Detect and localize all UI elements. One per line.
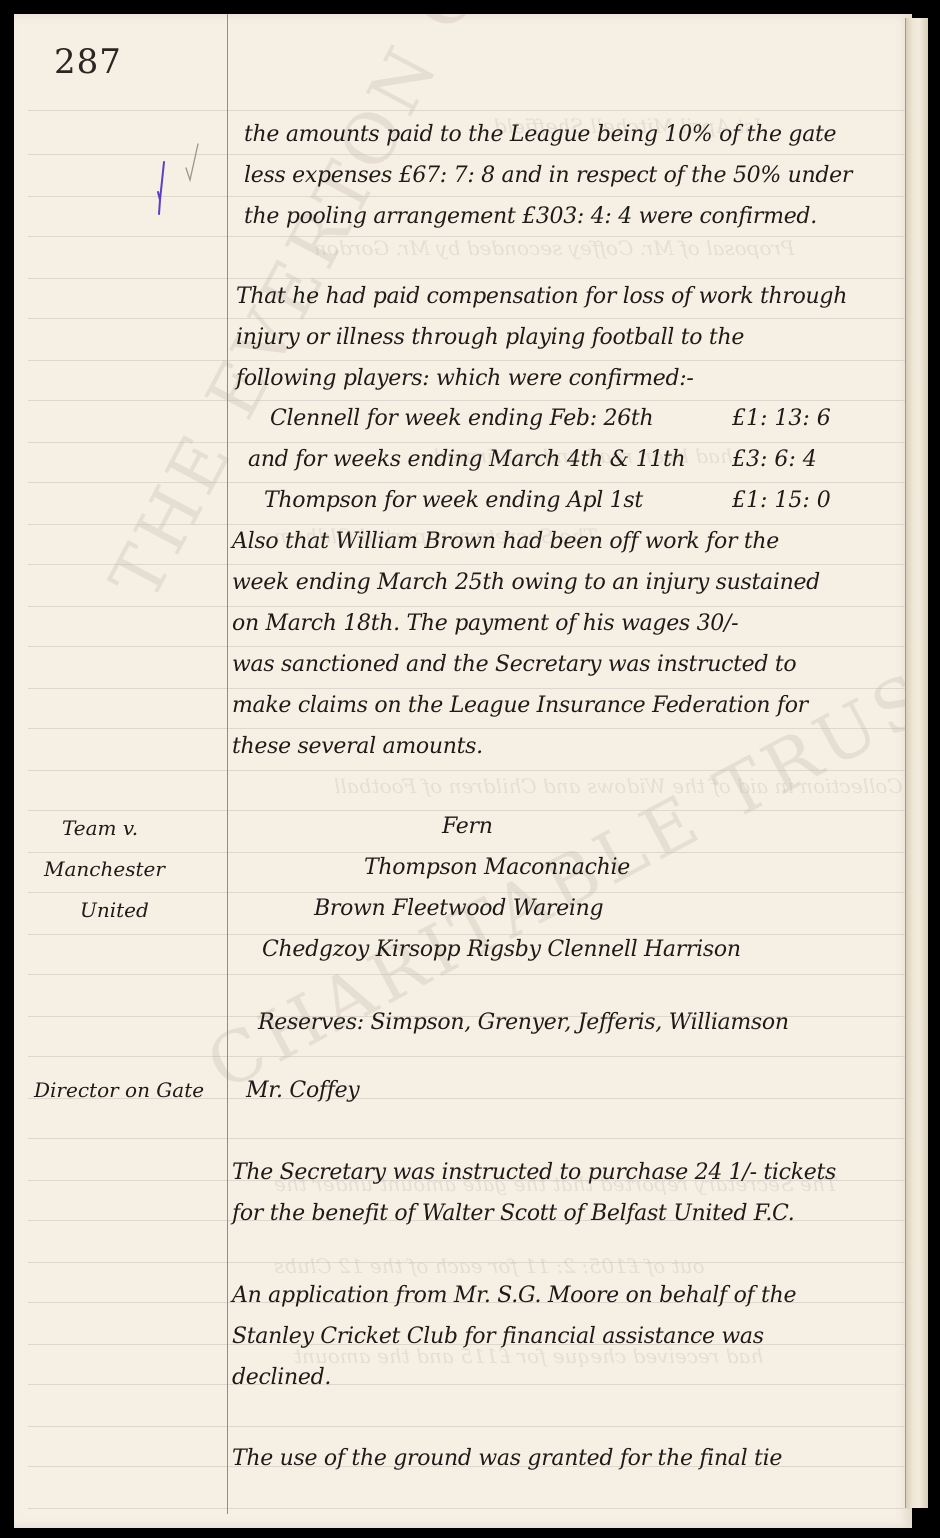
team-halves: Brown Fleetwood Wareing — [314, 896, 603, 921]
ruled-line — [28, 318, 912, 319]
compensation-row-1-amount: £1: 13: 6 — [732, 406, 831, 431]
ruled-line — [28, 442, 912, 443]
ruled-line — [28, 482, 912, 483]
compensation-row-3-amount: £1: 15: 0 — [732, 488, 831, 513]
ruled-line — [28, 728, 912, 729]
paragraph-2-line-1: That he had paid compensation for loss o… — [236, 284, 847, 309]
team-reserves: Reserves: Simpson, Grenyer, Jefferis, Wi… — [258, 1010, 789, 1035]
paragraph-3-line-4: was sanctioned and the Secretary was ins… — [232, 652, 796, 677]
ruled-line — [28, 606, 912, 607]
ruled-line — [28, 400, 912, 401]
margin-label-opponent-2: United — [80, 898, 149, 922]
paragraph-5-line-2: Stanley Cricket Club for financial assis… — [232, 1324, 764, 1349]
director-on-gate-name: Mr. Coffey — [246, 1078, 359, 1103]
team-goalkeeper: Fern — [442, 814, 493, 839]
bleed-through-text: Collection in aid of the Widows and Chil… — [334, 774, 903, 798]
paragraph-1-line-3: the pooling arrangement £303: 4: 4 were … — [244, 204, 817, 229]
ruled-line — [28, 1384, 912, 1385]
paragraph-2-line-2: injury or illness through playing footba… — [236, 325, 744, 350]
ruled-line — [28, 1426, 912, 1427]
ruled-line — [28, 154, 912, 155]
paragraph-2-line-3: following players: which were confirmed:… — [236, 366, 694, 391]
paragraph-3-line-2: week ending March 25th owing to an injur… — [232, 570, 820, 595]
margin-line — [227, 14, 228, 1514]
purple-check-mark-icon — [156, 160, 166, 216]
paragraph-5-line-1: An application from Mr. S.G. Moore on be… — [232, 1283, 796, 1308]
team-backs: Thompson Maconnachie — [364, 855, 630, 880]
ruled-line — [28, 564, 912, 565]
paragraph-6-line-1: The use of the ground was granted for th… — [232, 1446, 782, 1471]
margin-label-director: Director on Gate — [34, 1078, 204, 1102]
paragraph-4-line-2: for the benefit of Walter Scott of Belfa… — [232, 1201, 794, 1226]
ruled-line — [28, 892, 912, 893]
paragraph-3-line-5: make claims on the League Insurance Fede… — [232, 693, 808, 718]
ledger-page: Ist April Mitchell Sheffield Proposal of… — [14, 14, 912, 1528]
paragraph-3-line-6: these several amounts. — [232, 734, 483, 759]
paragraph-1-line-2: less expenses £67: 7: 8 and in respect o… — [244, 163, 852, 188]
team-forwards: Chedgzoy Kirsopp Rigsby Clennell Harriso… — [262, 937, 741, 962]
paragraph-5-line-3: declined. — [232, 1365, 331, 1390]
ruled-line — [28, 1056, 912, 1057]
compensation-row-1-text: Clennell for week ending Feb: 26th — [270, 406, 653, 431]
page-number: 287 — [54, 42, 122, 82]
watermark-line-1: THE EVERTON COLLECTION — [94, 14, 733, 612]
book-page-edge — [905, 18, 928, 1508]
paragraph-4-line-1: The Secretary was instructed to purchase… — [232, 1160, 836, 1185]
ruled-line — [28, 278, 912, 279]
bleed-through-text: Proposal of Mr. Coffey seconded by Mr. G… — [314, 236, 795, 260]
margin-label-opponent-1: Manchester — [44, 857, 165, 881]
ruled-line — [28, 810, 912, 811]
ruled-line — [28, 688, 912, 689]
paragraph-3-line-3: on March 18th. The payment of his wages … — [232, 611, 738, 636]
ruled-line — [28, 360, 912, 361]
ruled-line — [28, 110, 912, 111]
ruled-line — [28, 1138, 912, 1139]
ruled-line — [28, 852, 912, 853]
ruled-line — [28, 1508, 912, 1509]
pencil-check-mark-icon — [184, 142, 200, 184]
bleed-through-text: out of £105: 2: 11 for each of the 12 Cl… — [274, 1254, 705, 1278]
compensation-row-2-amount: £3: 6: 4 — [732, 447, 817, 472]
paragraph-3-line-1: Also that William Brown had been off wor… — [232, 529, 779, 554]
ruled-line — [28, 934, 912, 935]
paragraph-1-line-1: the amounts paid to the League being 10%… — [244, 122, 836, 147]
ruled-line — [28, 770, 912, 771]
ruled-line — [28, 974, 912, 975]
margin-label-team: Team v. — [62, 816, 138, 840]
compensation-row-2-text: and for weeks ending March 4th & 11th — [248, 447, 685, 472]
compensation-row-3-text: Thompson for week ending Apl 1st — [264, 488, 643, 513]
ruled-line — [28, 646, 912, 647]
